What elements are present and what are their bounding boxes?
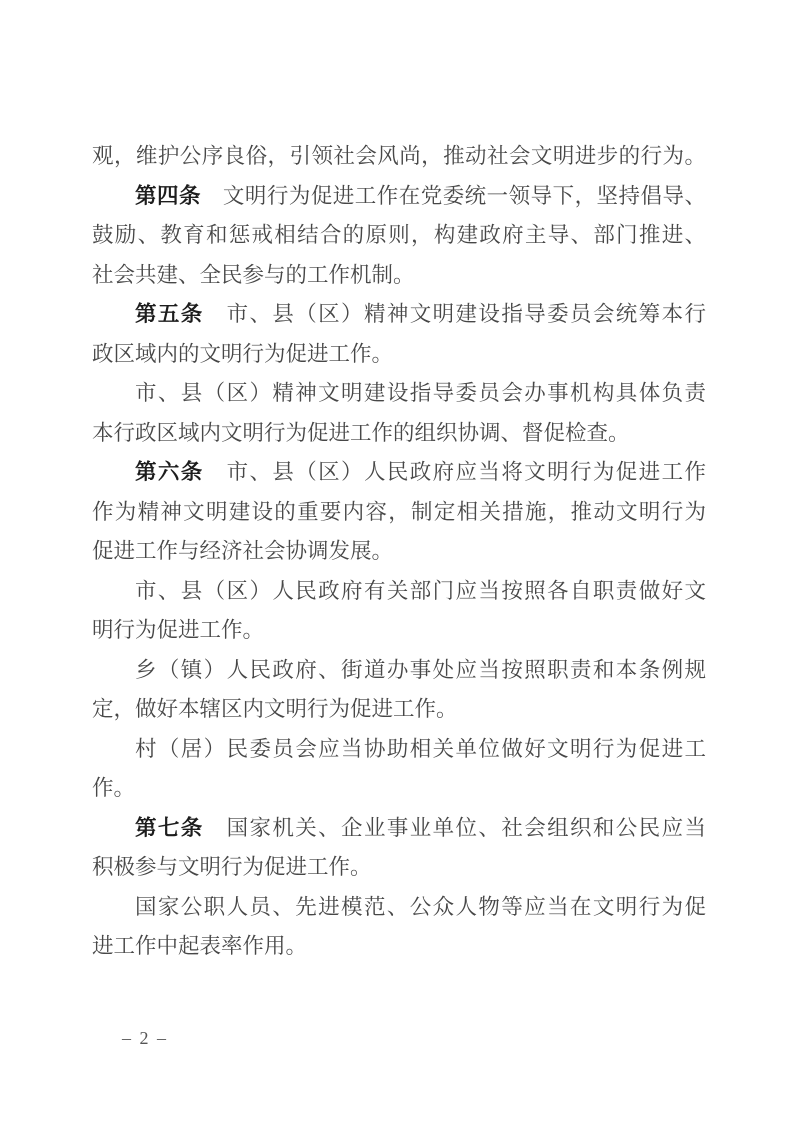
- doc-line-text: 乡（镇）人民政府、街道办事处应当按照职责和本条例规: [135, 658, 706, 682]
- doc-line-text: 鼓励、教育和惩戒相结合的原则，构建政府主导、部门推进、: [92, 223, 706, 247]
- doc-line-15: 定，做好本辖区内文明行为促进工作。: [92, 690, 706, 730]
- doc-line-21: 进工作中起表率作用。: [92, 927, 706, 967]
- doc-line-9: 第六条 市、县（区）人民政府应当将文明行为促进工作: [92, 453, 706, 493]
- doc-line-14: 乡（镇）人民政府、街道办事处应当按照职责和本条例规: [92, 651, 706, 691]
- doc-line-text: 作。: [92, 776, 135, 800]
- doc-line-8: 本行政区域内文明行为促进工作的组织协调、督促检查。: [92, 414, 706, 454]
- doc-line-text: 作为精神文明建设的重要内容，制定相关措施，推动文明行为: [92, 500, 706, 524]
- article-number: 第七条: [135, 816, 204, 840]
- doc-line-text: 国家机关、企业事业单位、社会组织和公民应当: [204, 816, 706, 840]
- doc-line-text: 本行政区域内文明行为促进工作的组织协调、督促检查。: [92, 421, 630, 445]
- doc-line-12: 市、县（区）人民政府有关部门应当按照各自职责做好文: [92, 572, 706, 612]
- document-page: 观，维护公序良俗，引领社会风尚，推动社会文明进步的行为。第四条 文明行为促进工作…: [0, 0, 800, 1133]
- doc-line-text: 市、县（区）人民政府有关部门应当按照各自职责做好文: [135, 579, 706, 603]
- doc-line-20: 国家公职人员、先进模范、公众人物等应当在文明行为促: [92, 888, 706, 928]
- doc-line-text: 定，做好本辖区内文明行为促进工作。: [92, 697, 458, 721]
- doc-line-7: 市、县（区）精神文明建设指导委员会办事机构具体负责: [92, 374, 706, 414]
- doc-line-text: 明行为促进工作。: [92, 618, 264, 642]
- doc-line-text: 村（居）民委员会应当协助相关单位做好文明行为促进工: [135, 737, 706, 761]
- document-body: 观，维护公序良俗，引领社会风尚，推动社会文明进步的行为。第四条 文明行为促进工作…: [92, 137, 706, 967]
- doc-line-17: 作。: [92, 769, 706, 809]
- doc-line-text: 市、县（区）精神文明建设指导委员会办事机构具体负责: [135, 381, 706, 405]
- doc-line-5: 第五条 市、县（区）精神文明建设指导委员会统筹本行: [92, 295, 706, 335]
- doc-line-text: 进工作中起表率作用。: [92, 934, 307, 958]
- doc-line-text: 国家公职人员、先进模范、公众人物等应当在文明行为促: [135, 895, 706, 919]
- doc-line-13: 明行为促进工作。: [92, 611, 706, 651]
- doc-line-text: 市、县（区）人民政府应当将文明行为促进工作: [204, 460, 706, 484]
- doc-line-text: 促进工作与经济社会协调发展。: [92, 539, 393, 563]
- doc-line-10: 作为精神文明建设的重要内容，制定相关措施，推动文明行为: [92, 493, 706, 533]
- doc-line-text: 政区域内的文明行为促进工作。: [92, 342, 393, 366]
- doc-line-text: 积极参与文明行为促进工作。: [92, 855, 372, 879]
- doc-line-2: 第四条 文明行为促进工作在党委统一领导下，坚持倡导、: [92, 177, 706, 217]
- doc-line-19: 积极参与文明行为促进工作。: [92, 848, 706, 888]
- doc-line-text: 社会共建、全民参与的工作机制。: [92, 263, 415, 287]
- doc-line-4: 社会共建、全民参与的工作机制。: [92, 256, 706, 296]
- doc-line-16: 村（居）民委员会应当协助相关单位做好文明行为促进工: [92, 730, 706, 770]
- article-number: 第四条: [135, 184, 201, 208]
- doc-line-1: 观，维护公序良俗，引领社会风尚，推动社会文明进步的行为。: [92, 137, 706, 177]
- article-number: 第五条: [135, 302, 204, 326]
- doc-line-text: 观，维护公序良俗，引领社会风尚，推动社会文明进步的行为。: [92, 144, 706, 168]
- doc-line-3: 鼓励、教育和惩戒相结合的原则，构建政府主导、部门推进、: [92, 216, 706, 256]
- doc-line-6: 政区域内的文明行为促进工作。: [92, 335, 706, 375]
- doc-line-text: 市、县（区）精神文明建设指导委员会统筹本行: [204, 302, 706, 326]
- page-number: – 2 –: [122, 1028, 167, 1048]
- doc-line-text: 文明行为促进工作在党委统一领导下，坚持倡导、: [201, 184, 706, 208]
- doc-line-11: 促进工作与经济社会协调发展。: [92, 532, 706, 572]
- article-number: 第六条: [135, 460, 204, 484]
- doc-line-18: 第七条 国家机关、企业事业单位、社会组织和公民应当: [92, 809, 706, 849]
